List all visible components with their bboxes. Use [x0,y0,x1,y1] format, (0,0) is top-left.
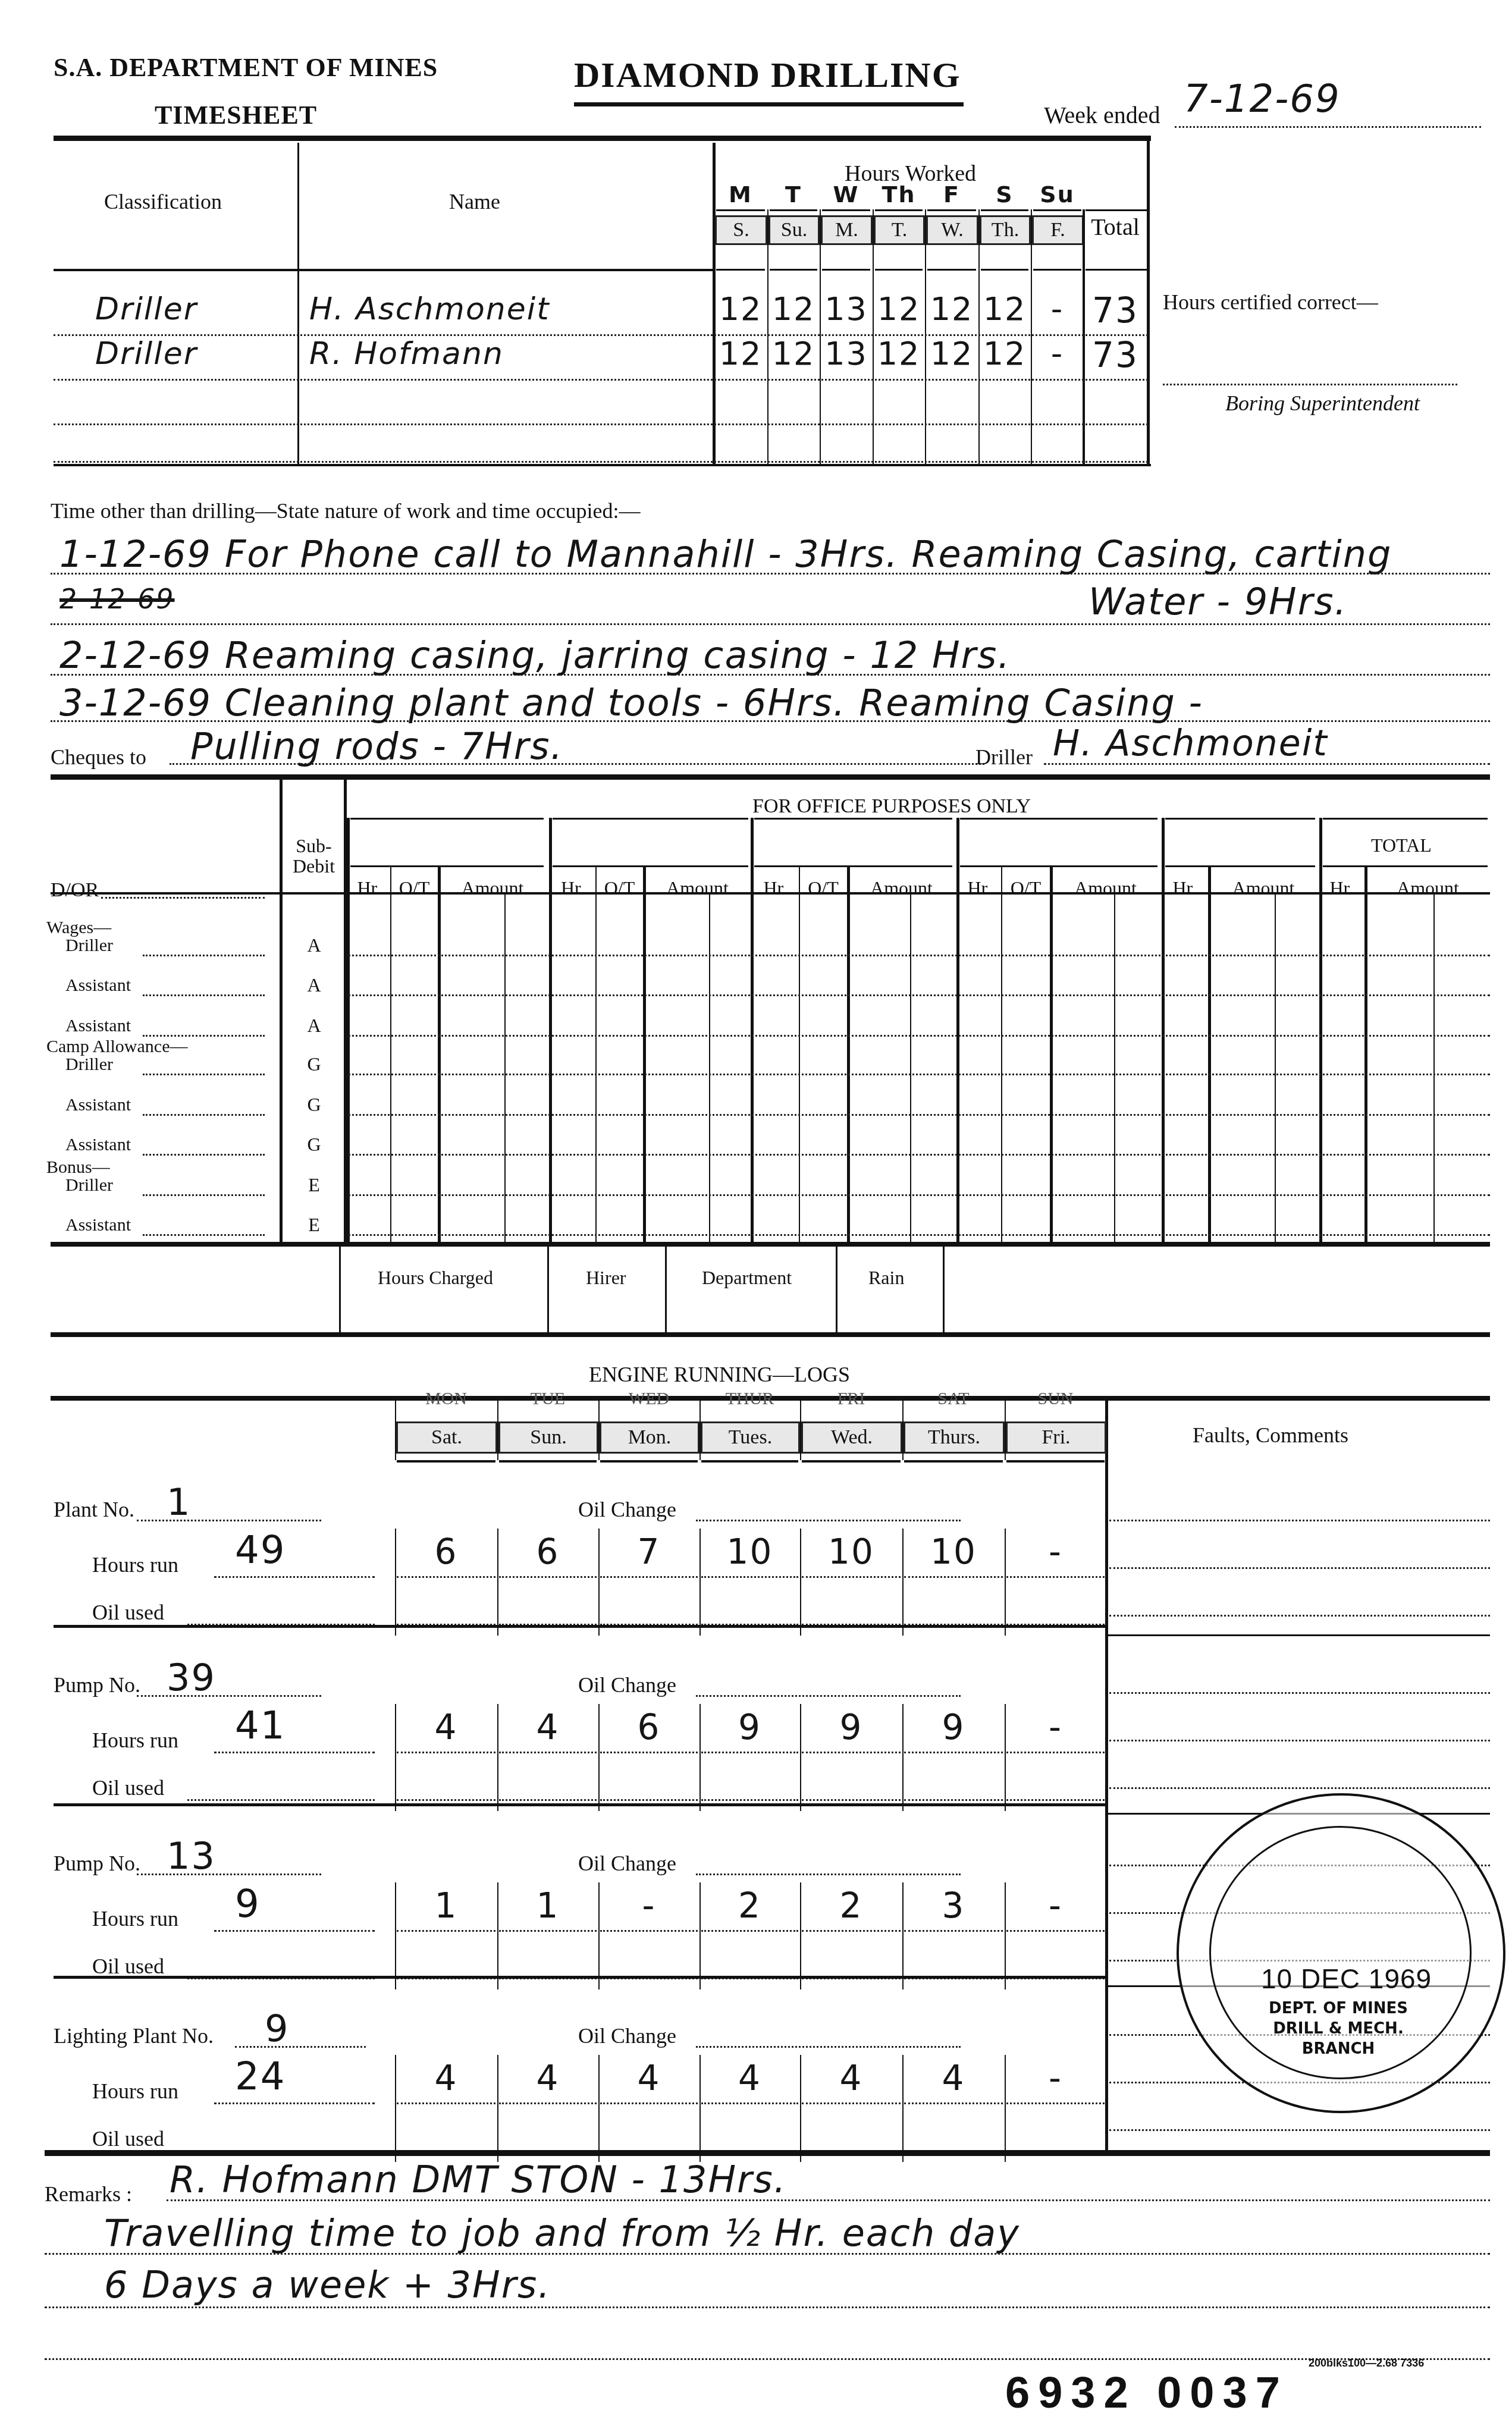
total-cell[interactable]: 73 [1084,290,1147,331]
faults-comments-line[interactable] [1109,1567,1490,1569]
unit-type-label: Pump No. [54,1851,140,1876]
engine-hours-cell[interactable]: 10 [902,1532,1005,1572]
oil-used-label: Oil used [92,1954,164,1979]
engine-handwritten-day: TUE [497,1389,598,1409]
oil-used-label: Oil used [92,1600,164,1625]
engine-hours-cell[interactable]: 6 [497,1532,598,1572]
unit-total-hours[interactable]: 49 [235,1529,286,1573]
hours-certified-label: Hours certified correct— [1163,290,1378,315]
engine-printed-day: Tues. [701,1421,800,1454]
document-number: 6932 0037 [1005,2367,1288,2418]
handwritten-day: F [925,181,978,208]
office-row-code: E [284,1174,344,1196]
hours-cell[interactable]: 12 [925,335,978,372]
office-col-header: Hr. [956,877,1002,899]
office-col-header: Hr. [347,877,391,899]
engine-hours-cell[interactable]: 9 [699,1707,800,1747]
hours-cell[interactable]: 12 [873,290,925,328]
office-row-code: A [284,934,344,956]
engine-handwritten-day: FRI [800,1389,902,1409]
handwritten-day: Su [1031,181,1084,208]
handwritten-day: Th [873,181,925,208]
engine-hours-cell[interactable]: 1 [395,1885,497,1926]
office-title: FOR OFFICE PURPOSES ONLY [752,795,1031,818]
hours-cell[interactable]: 12 [767,290,820,328]
engine-hours-cell[interactable]: - [1005,1885,1106,1926]
engine-printed-day: Fri. [1006,1421,1106,1454]
unit-type-label: Plant No. [54,1497,134,1522]
hours-cell[interactable]: 12 [925,290,978,328]
other-time-line-2[interactable]: Water - 9Hrs. [1088,580,1347,623]
stamp-line-2: DRILL & MECH. [1249,2019,1428,2039]
engine-hours-cell[interactable]: 4 [395,2058,497,2098]
superintendent-label: Boring Superintendent [1225,391,1420,416]
other-time-line-4[interactable]: 3-12-69 Cleaning plant and tools - 6Hrs.… [59,681,1203,724]
unit-number[interactable]: 13 [167,1834,216,1878]
department-label: Department [702,1267,792,1289]
name-row-1[interactable]: H. Aschmoneit [309,291,550,327]
office-row-group: Wages— [46,918,111,938]
office-row-code: G [284,1053,344,1075]
printed-day: Th. [980,215,1031,245]
unit-total-hours[interactable]: 24 [235,2055,286,2099]
office-row-label: Assistant [65,1215,131,1235]
remarks-line-1[interactable]: R. Hofmann DMT STON - 13Hrs. [170,2158,787,2201]
stamp-text: DEPT. OF MINES DRILL & MECH. BRANCH [1249,1998,1428,2059]
office-col-header: Amount [1209,877,1317,899]
classification-row-2[interactable]: Driller [95,336,197,372]
office-row-label: Driller [65,936,113,956]
faults-comments-line[interactable] [1109,1740,1490,1741]
engine-hours-cell[interactable]: 4 [497,2058,598,2098]
engine-logs-title: ENGINE RUNNING—LOGS [589,1362,850,1387]
total-header: TOTAL [1371,834,1432,856]
oil-used-label: Oil used [92,2126,164,2151]
office-col-header: Amount [644,877,751,899]
engine-printed-day: Sat. [396,1421,497,1454]
office-row-label: Driller [65,1055,113,1075]
engine-hours-cell[interactable]: 6 [395,1532,497,1572]
office-col-header: O/T [800,877,846,899]
engine-printed-day: Mon. [600,1421,699,1454]
engine-hours-cell[interactable]: - [1005,1707,1106,1747]
office-row-group: Camp Allowance— [46,1037,187,1057]
dor-field[interactable] [101,897,265,899]
hours-run-label: Hours run [92,1728,178,1753]
handwritten-day: T [767,181,820,208]
oil-used-cell[interactable] [701,1799,798,1801]
oil-change-field[interactable] [696,1695,961,1697]
handwritten-day: S [978,181,1031,208]
other-time-line-3[interactable]: 2-12-69 Reaming casing, jarring casing -… [59,633,1011,677]
department-name: S.A. DEPARTMENT OF MINES [54,52,438,83]
printed-day: F. [1032,215,1084,245]
name-row-2[interactable]: R. Hofmann [309,336,504,372]
office-row-entry[interactable] [348,1194,1490,1196]
unit-type-label: Pump No. [54,1672,140,1697]
oil-change-field[interactable] [696,1873,961,1875]
hours-run-label: Hours run [92,2079,178,2104]
week-ended-line [1175,126,1481,128]
engine-hours-cell[interactable]: 7 [598,1532,699,1572]
engine-handwritten-day: SAT [902,1389,1005,1409]
engine-hours-cell[interactable]: 6 [598,1707,699,1747]
unit-number[interactable]: 39 [167,1656,216,1699]
office-col-header: Amount [848,877,955,899]
oil-change-label: Oil Change [578,2023,676,2048]
hours-cell[interactable]: 12 [978,290,1031,328]
unit-total-hours[interactable]: 9 [235,1882,261,1926]
hours-cell[interactable]: - [1031,290,1084,328]
office-col-header: O/T [1002,877,1049,899]
faults-comments-header: Faults, Comments [1193,1423,1348,1448]
hours-cell[interactable]: 12 [873,335,925,372]
dor-label: D/OR [51,879,99,902]
printed-day: T. [874,215,925,245]
oil-used-cell[interactable] [397,1799,495,1801]
hours-cell[interactable]: 13 [820,290,873,328]
unit-number[interactable]: 1 [167,1480,191,1524]
oil-used-cell[interactable] [600,1799,698,1801]
office-row-entry[interactable] [348,1154,1490,1156]
office-row-code: G [284,1094,344,1116]
week-ended-value[interactable]: 7-12-69 [1184,77,1341,121]
stamp-date: 10 DEC 1969 [1261,1963,1432,1995]
total-header: Total [1084,213,1147,241]
stamp-line-3: BRANCH [1249,2039,1428,2059]
total-cell[interactable]: 73 [1084,335,1147,375]
oil-used-cell[interactable] [802,1799,901,1801]
hours-charged-label: Hours Charged [378,1267,493,1289]
office-col-header: O/T [391,877,437,899]
form-title: DIAMOND DRILLING [574,55,961,96]
stamp-line-1: DEPT. OF MINES [1249,1998,1428,2019]
office-row-entry[interactable] [348,1074,1490,1075]
engine-hours-cell[interactable]: - [1005,1532,1106,1572]
driller-signature[interactable]: H. Aschmoneit [1053,723,1328,764]
printed-day: W. [926,215,978,245]
oil-change-label: Oil Change [578,1497,676,1522]
engine-handwritten-day: THUR [699,1389,800,1409]
cheques-to-label: Cheques to [51,745,146,770]
driller-label: Driller [975,745,1033,770]
engine-hours-cell[interactable]: 10 [800,1532,902,1572]
classification-row-1[interactable]: Driller [95,291,197,327]
office-row-label: Assistant [65,975,131,996]
office-row-entry[interactable] [348,1114,1490,1116]
office-row-entry[interactable] [348,1234,1490,1236]
engine-hours-cell[interactable]: 4 [902,2058,1005,2098]
oil-used-cell[interactable] [1006,1799,1105,1801]
hours-cell[interactable]: 12 [714,290,767,328]
office-col-header: Amount [439,877,546,899]
hours-run-label: Hours run [92,1552,178,1577]
unit-type-label: Lighting Plant No. [54,2023,214,2048]
oil-change-label: Oil Change [578,1672,676,1697]
engine-hours-cell[interactable]: 3 [902,1885,1005,1926]
remarks-label: Remarks : [45,2182,132,2207]
hours-cell[interactable]: - [1031,335,1084,372]
office-row-code: A [284,974,344,996]
engine-printed-day: Sun. [498,1421,598,1454]
office-col-header: Amount [1051,877,1160,899]
faults-comments-line[interactable] [1109,1615,1490,1617]
oil-used-label: Oil used [92,1775,164,1800]
classification-header: Classification [104,189,222,214]
office-row-code: A [284,1015,344,1037]
faults-comments-line[interactable] [1109,1787,1490,1789]
remarks-line-2[interactable]: Travelling time to job and from ½ Hr. ea… [104,2211,1020,2255]
remarks-line-3[interactable]: 6 Days a week + 3Hrs. [104,2263,551,2306]
office-row-entry[interactable] [348,1035,1490,1037]
engine-printed-day: Thurs. [904,1421,1005,1454]
office-row-entry[interactable] [348,955,1490,956]
office-col-header: Hr. [751,877,800,899]
engine-hours-cell[interactable]: 4 [497,1707,598,1747]
printed-day: M. [821,215,873,245]
rain-label: Rain [868,1267,904,1289]
engine-hours-cell[interactable]: 1 [497,1885,598,1926]
certified-signature-line[interactable] [1163,384,1457,385]
subdebit-header: Sub-Debit [283,836,345,876]
office-row-entry[interactable] [348,994,1490,996]
week-ended-label: Week ended [1044,101,1160,129]
hours-cell[interactable]: 12 [714,335,767,372]
engine-hours-cell[interactable]: 10 [699,1532,800,1572]
engine-hours-cell[interactable]: 4 [598,2058,699,2098]
other-time-line-5[interactable]: Pulling rods - 7Hrs. [190,724,563,768]
oil-change-field[interactable] [696,1520,961,1521]
engine-handwritten-day: WED [598,1389,699,1409]
office-row-code: G [284,1134,344,1156]
office-row-group: Bonus— [46,1157,110,1178]
engine-printed-day: Wed. [801,1421,902,1454]
engine-hours-cell[interactable]: - [598,1885,699,1926]
hours-cell[interactable]: 12 [767,335,820,372]
printed-day: S. [715,215,767,245]
other-time-line-1[interactable]: 1-12-69 For Phone call to Mannahill - 3H… [59,532,1392,576]
oil-used-cell[interactable] [904,1799,1003,1801]
engine-hours-cell[interactable]: 2 [800,1885,902,1926]
hours-run-label: Hours run [92,1906,178,1931]
office-col-header: O/T [597,877,642,899]
office-row-label: Assistant [65,1135,131,1155]
engine-hours-cell[interactable]: - [1005,2058,1106,2098]
office-row-code: E [284,1214,344,1236]
faults-comments-line[interactable] [1109,1520,1490,1521]
handwritten-day: M [714,181,767,208]
hours-cell[interactable]: 12 [978,335,1031,372]
engine-hours-cell[interactable]: 9 [902,1707,1005,1747]
print-code: 200blks100—2.68 7336 [1309,2357,1424,2370]
handwritten-day: W [820,181,873,208]
name-header: Name [449,189,500,214]
hirer-label: Hirer [586,1267,626,1289]
form-name: TIMESHEET [155,100,317,130]
office-row-label: Driller [65,1175,113,1195]
header-rule [54,136,1151,141]
other-time-label: Time other than drilling—State nature of… [51,498,640,523]
engine-hours-cell[interactable]: 4 [699,2058,800,2098]
engine-hours-cell[interactable]: 2 [699,1885,800,1926]
printed-day: Su. [768,215,820,245]
engine-handwritten-day: MON [395,1389,497,1409]
engine-hours-cell[interactable]: 4 [800,2058,902,2098]
engine-hours-cell[interactable]: 4 [395,1707,497,1747]
engine-handwritten-day: SUN [1005,1389,1106,1409]
office-row-label: Assistant [65,1095,131,1115]
oil-used-cell[interactable] [499,1799,597,1801]
office-row-label: Assistant [65,1016,131,1036]
title-underline [574,102,964,106]
engine-hours-cell[interactable]: 9 [800,1707,902,1747]
office-col-header: Hr. [549,877,597,899]
faults-comments-line[interactable] [1109,2129,1490,2131]
office-col-header: Hr. [1162,877,1207,899]
office-col-header: Hr. [1319,877,1364,899]
office-col-header: Amount [1366,877,1490,899]
faults-comments-line[interactable] [1109,1692,1490,1694]
unit-number[interactable]: 9 [265,2007,289,2050]
oil-change-field[interactable] [696,2046,961,2048]
unit-total-hours[interactable]: 41 [235,1704,286,1748]
oil-change-label: Oil Change [578,1851,676,1876]
struck-date: 2-12-69 [59,583,175,615]
hours-cell[interactable]: 13 [820,335,873,372]
